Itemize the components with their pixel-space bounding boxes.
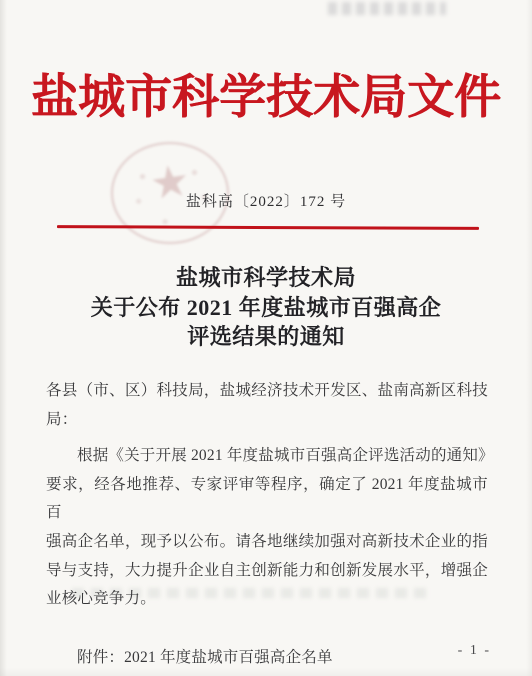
page-number: - 1 - bbox=[458, 641, 491, 661]
salutation: 各县（市、区）科技局，盐城经济技术开发区、盐南高新区科技 局： bbox=[46, 377, 488, 434]
salutation-line: 各县（市、区）科技局，盐城经济技术开发区、盐南高新区科技 bbox=[46, 377, 488, 406]
body-line: 业核心竞争力。 bbox=[46, 585, 488, 614]
body-line: 根据《关于开展 2021 年度盐城市百强高企评选活动的通知》 bbox=[46, 442, 488, 471]
salutation-line: 局： bbox=[46, 406, 488, 435]
document-title: 盐城市科学技术局 关于公布 2021 年度盐城市百强高企 评选结果的通知 bbox=[0, 263, 532, 352]
body-paragraph: 根据《关于开展 2021 年度盐城市百强高企评选活动的通知》 要求，经各地推荐、… bbox=[46, 442, 488, 614]
letterhead-title: 盐城市科学技术局文件 bbox=[0, 68, 532, 128]
body-line: 导与支持，大力提升企业自主创新能力和创新发展水平，增强企 bbox=[46, 557, 488, 586]
document-title-line: 评选结果的通知 bbox=[0, 322, 532, 352]
document-body: 各县（市、区）科技局，盐城经济技术开发区、盐南高新区科技 局： 根据《关于开展 … bbox=[46, 377, 488, 672]
scanned-document-page: ★ 盐城市科学技术局文件 盐科高〔2022〕172 号 盐城市科学技术局 关于公… bbox=[0, 0, 532, 676]
red-divider-line bbox=[57, 225, 479, 230]
document-number: 盐科高〔2022〕172 号 bbox=[0, 191, 532, 213]
body-line: 要求，经各地推荐、专家评审等程序，确定了 2021 年度盐城市百 bbox=[46, 471, 488, 528]
attachment-line: 附件：2021 年度盐城市百强高企名单 bbox=[46, 644, 488, 673]
bleed-through-smudge bbox=[328, 2, 446, 15]
document-title-line: 关于公布 2021 年度盐城市百强高企 bbox=[0, 293, 532, 323]
document-title-line: 盐城市科学技术局 bbox=[0, 263, 532, 293]
body-line: 强高企名单，现予以公布。请各地继续加强对高新技术企业的指 bbox=[46, 528, 488, 557]
